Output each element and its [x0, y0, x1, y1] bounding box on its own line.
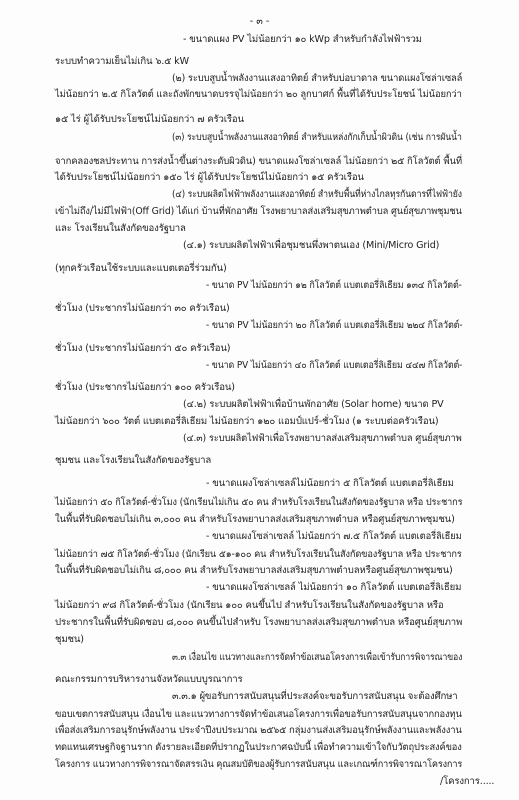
- text-line: ขอบเขตการสนับสนุน เงื่อนไข และแนวทางการจ…: [55, 709, 462, 721]
- text-line: ชั่วโมง (ประชากรไม่น้อยกว่า ๓๐ ครัวเรือน…: [55, 303, 230, 315]
- text-line: ชุมชน และโรงเรียนในสังกัดของรัฐบาล: [55, 455, 211, 467]
- document-page: - ๓ - - ขนาดแผง PV ไม่น้อยกว่า ๑๐ kWp สำ…: [0, 0, 519, 800]
- text-line: ไม่น้อยกว่า ๙๘ กิโลวัตต์-ชั่วโมง (นักเรี…: [55, 600, 444, 612]
- text-line: (๓) ระบบสูบน้ำพลังงานแสงอาทิตย์ สำหรับแห…: [172, 132, 462, 144]
- text-line: ๓.๓.๑ ผู้ขอรับการสนับสนุนที่ประสงค์จะขอร…: [172, 691, 458, 703]
- text-line: ไม่น้อยกว่า ๖๐๐ วัตต์ แบตเตอรี่ลิเธียม ไ…: [55, 416, 439, 428]
- text-line: - ขนาด PV ไม่น้อยกว่า ๑๒ กิโลวัตต์ แบตเต…: [206, 280, 462, 292]
- text-line: (๔) ระบบผลิตไฟฟ้าพลังงานแสงอาทิตย์ สำหรั…: [172, 189, 462, 201]
- text-line: - ขนาดแผงโซล่าเซลล์ ไม่น้อยกว่า ๗.๕ กิโล…: [206, 531, 462, 543]
- text-line: (๒) ระบบสูบน้ำพลังงานแสงอาทิตย์ สำหรับบ่…: [172, 73, 462, 85]
- text-line: เข้าไม่ถึง/ไม่มีไฟฟ้า(Off Grid) ได้แก่ บ…: [55, 206, 462, 218]
- text-line: ชั่วโมง (ประชากรไม่น้อยกว่า ๕๐ ครัวเรือน…: [55, 343, 230, 355]
- text-line: ชั่วโมง (ประชากรไม่น้อยกว่า ๑๐๐ ครัวเรือ…: [55, 382, 235, 394]
- text-line: ชุมชน): [55, 634, 84, 646]
- text-line: ได้รับประโยชน์ไม่น้อยกว่า ๑๕๐ ไร่ ผู้ได้…: [55, 172, 364, 184]
- text-line: (๔.๒) ระบบผลิตไฟฟ้าเพื่อบ้านพักอาศัย (So…: [183, 399, 444, 411]
- text-line: /โครงการ.....: [440, 776, 494, 788]
- text-line: ๓.๓ เงื่อนไข แนวทางและการจัดทำข้อเสนอโคร…: [172, 652, 462, 664]
- text-line: ประชากรในพื้นที่รับผิดชอบ ๘,๐๐๐ คนขึ้นไป…: [55, 617, 462, 629]
- text-line: - ขนาด PV ไม่น้อยกว่า ๒๐ กิโลวัตต์ แบตเต…: [206, 320, 462, 332]
- text-line: - ขนาดแผง PV ไม่น้อยกว่า ๑๐ kWp สำหรับกำ…: [183, 34, 422, 46]
- text-line: ระบบทำความเย็นไม่เกิน ๖.๕ kW: [55, 56, 189, 68]
- text-line: (๔.๓) ระบบผลิตไฟฟ้าเพื่อโรงพยาบาลส่งเสริ…: [183, 433, 462, 445]
- text-line: - ขนาด PV ไม่น้อยกว่า ๔๐ กิโลวัตต์ แบตเต…: [206, 360, 462, 372]
- text-line: ไม่น้อยกว่า ๕๐ กิโลวัตต์-ชั่วโมง (นักเรี…: [55, 497, 462, 509]
- text-line: จากคลองชลประทาน การส่งน้ำขึ้นต่างระดับผิ…: [55, 156, 462, 168]
- text-line: คณะกรรมการบริหารงานจังหวัดแบบบูรณาการ: [55, 674, 243, 686]
- page-number: - ๓ -: [0, 14, 519, 29]
- text-line: โครงการ แนวทางการพิจารณาจัดสรรเงิน คุณสม…: [55, 759, 462, 771]
- text-line: ในพื้นที่รับผิดชอบไม่เกิน ๓,๐๐๐ คน สำหรั…: [55, 514, 455, 526]
- text-line: ไม่น้อยกว่า ๒.๕ กิโลวัตต์ และถังพักขนาดบ…: [55, 89, 462, 101]
- text-line: - ขนาดแผงโซล่าเซลล์ ไม่น้อยกว่า ๑๐ กิโลว…: [206, 582, 461, 594]
- text-line: เพื่อส่งเสริมการอนุรักษ์พลังงาน ประจำปีง…: [55, 725, 462, 737]
- text-line: และ โรงเรียนในสังกัดของรัฐบาล: [55, 223, 186, 235]
- text-line: (ทุกครัวเรือนใช้ระบบและแบตเตอรี่ร่วมกัน): [55, 263, 227, 275]
- text-line: ๑๕ ไร่ ผู้ได้รับประโยชน์ไม่น้อยกว่า ๗ คร…: [55, 114, 244, 126]
- text-line: ทดแทนเศรษฐกิจฐานราก ดังรายละเอียดที่ปราก…: [55, 742, 462, 754]
- text-line: ในพื้นที่รับผิดชอบไม่เกิน ๘,๐๐๐ คน สำหรั…: [55, 565, 453, 577]
- text-line: (๔.๑) ระบบผลิตไฟฟ้าเพื่อชุมชนพึ่งพาตนเอง…: [183, 240, 439, 252]
- text-line: - ขนาดแผงโซล่าเซลล์ไม่น้อยกว่า ๕ กิโลวัต…: [206, 478, 454, 490]
- text-line: ไม่น้อยกว่า ๗๕ กิโลวัตต์-ชั่วโมง (นักเรี…: [55, 549, 462, 561]
